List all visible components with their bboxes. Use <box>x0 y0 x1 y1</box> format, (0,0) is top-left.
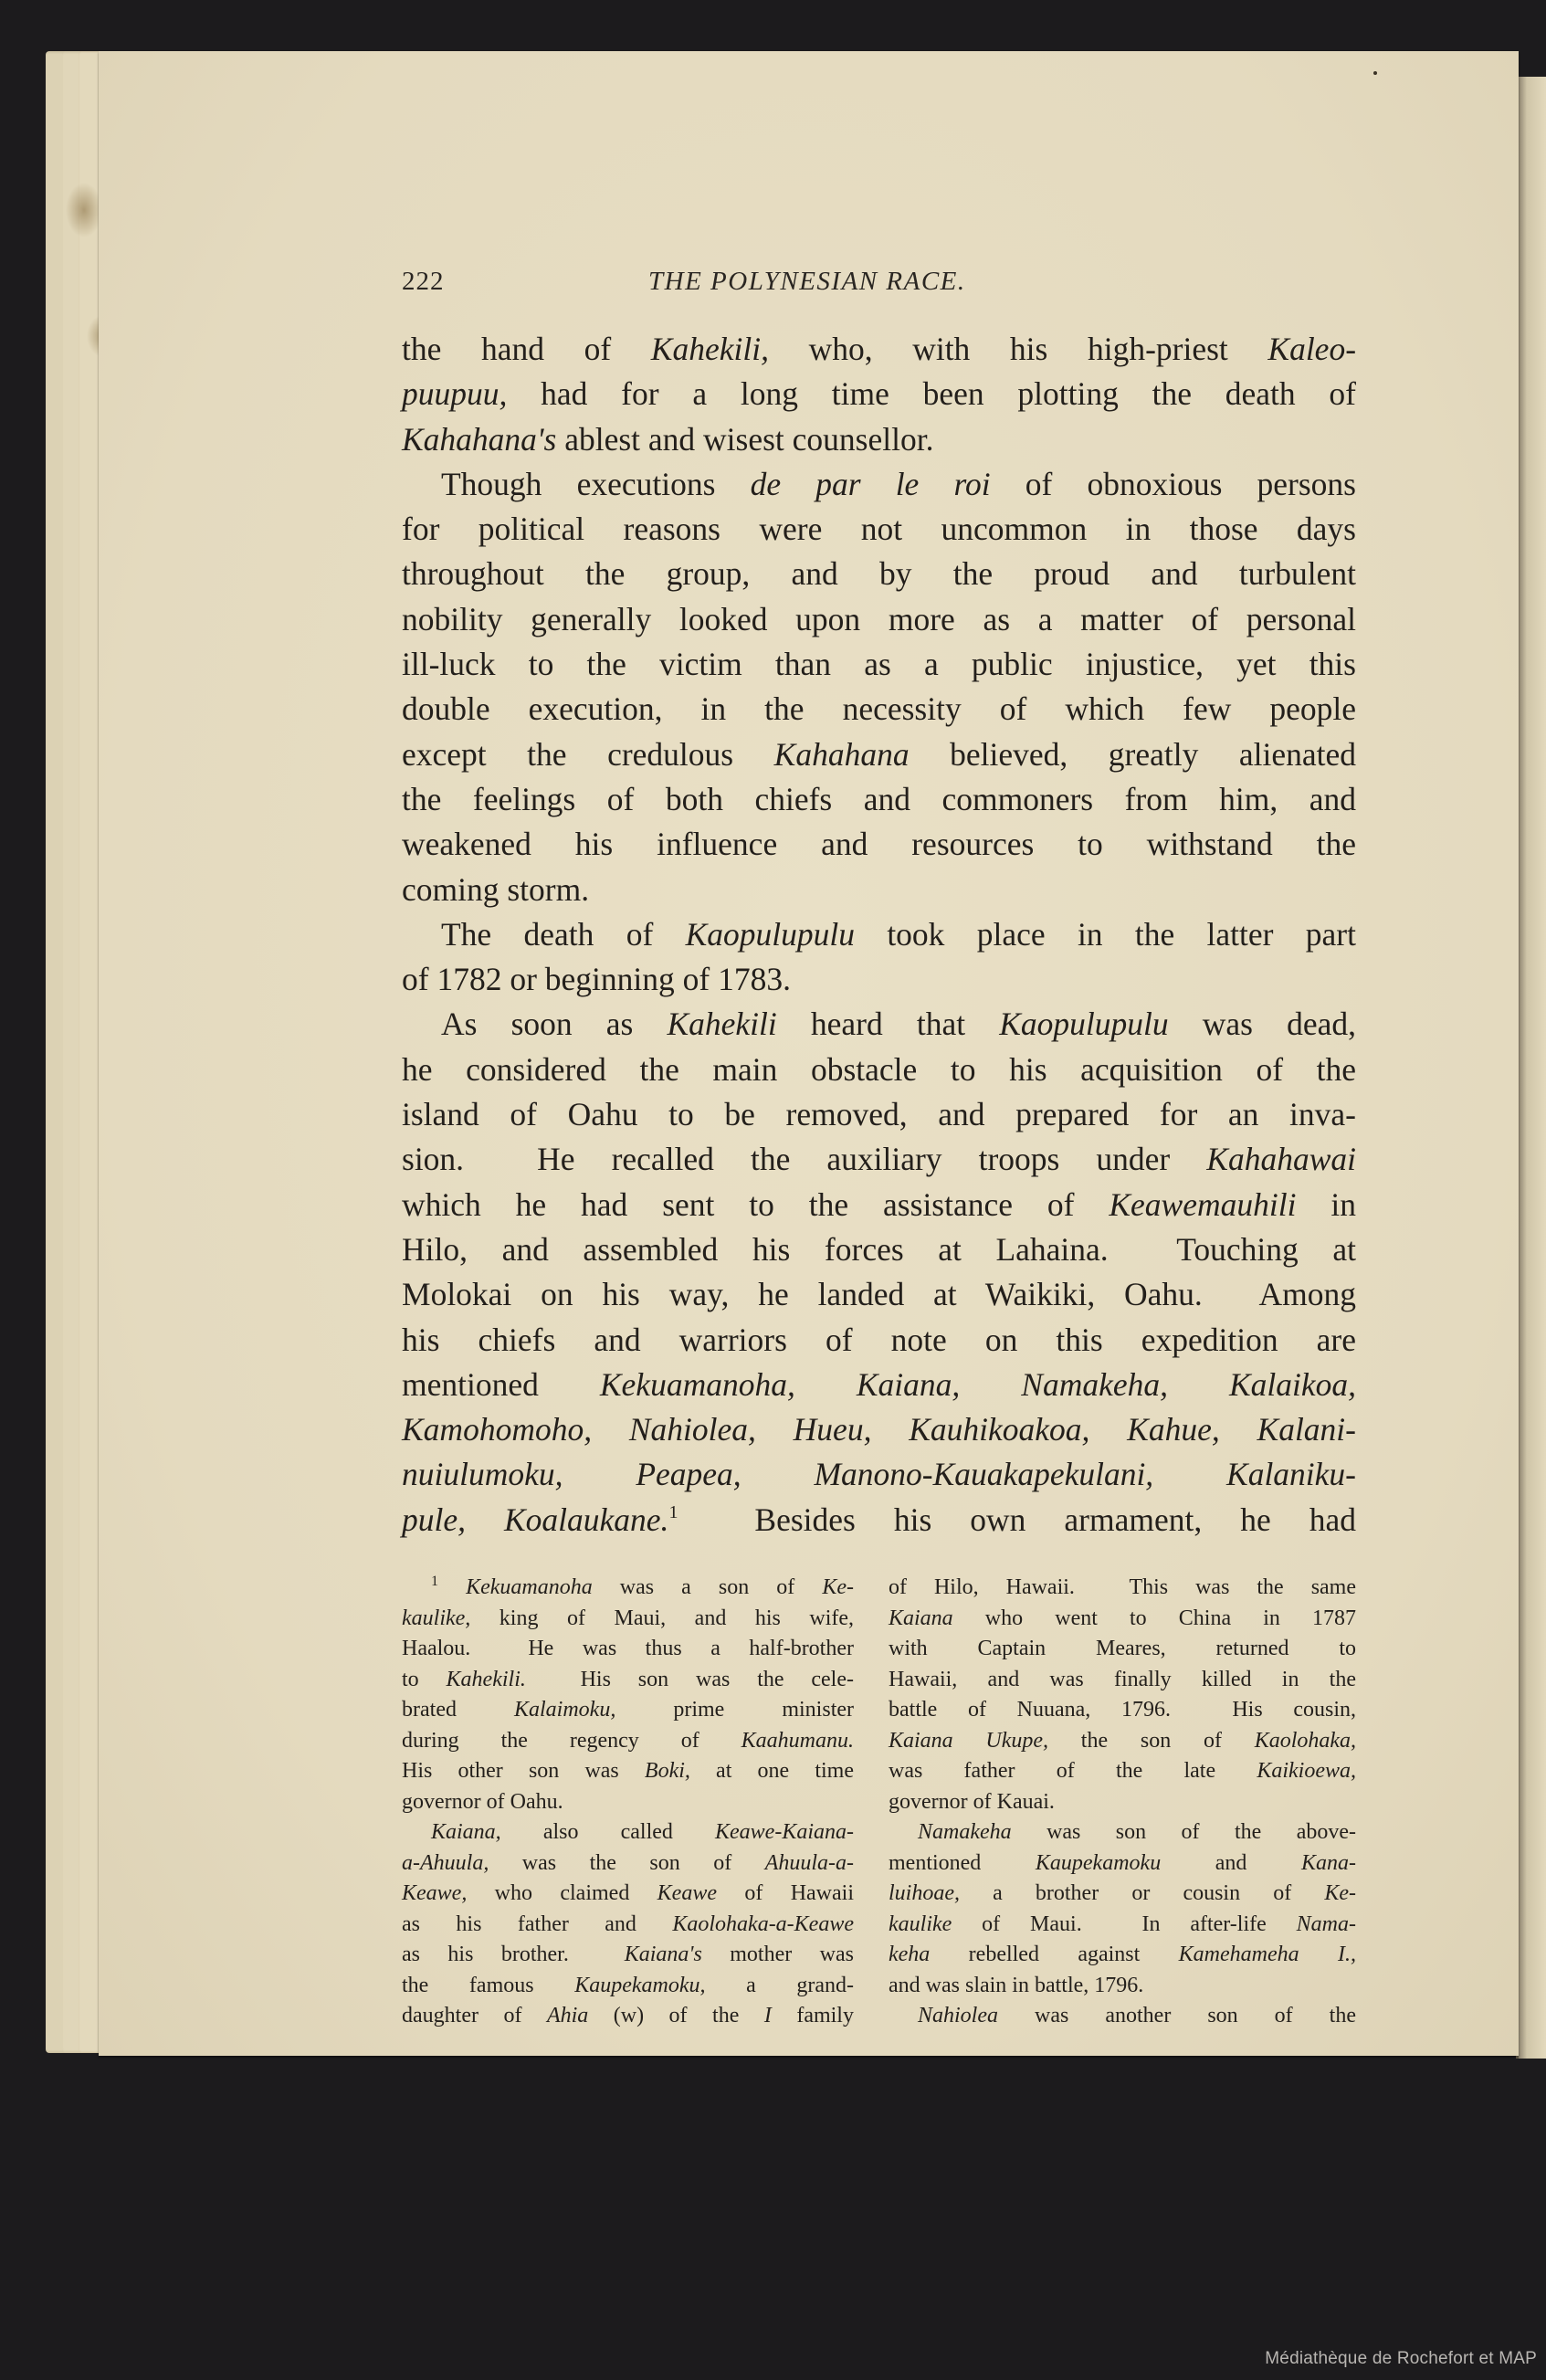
footnote-line: battle of Nuuana, 1796. His cousin, <box>889 1695 1356 1726</box>
italic-text: Kaolohaka-a-Keawe <box>672 1912 854 1936</box>
paper-speck <box>1373 71 1377 75</box>
italic-text: Kaopulupulu <box>686 916 855 953</box>
text-run: of Hilo, Hawaii. This was the same <box>889 1575 1356 1599</box>
footnote-line: Namakeha was son of the above- <box>889 1817 1356 1848</box>
text-run: ill-luck to the victim than as a public … <box>402 646 1356 682</box>
italic-text: I <box>764 2004 772 2027</box>
footnote-line: brated Kalaimoku, prime minister <box>402 1695 854 1726</box>
running-title: THE POLYNESIAN RACE. <box>648 267 966 297</box>
footnote-line: as his brother. Kaiana's mother was <box>402 1940 854 1971</box>
footnote-line: to Kahekili. His son was the cele- <box>402 1665 854 1696</box>
italic-text: kaulike <box>889 1912 952 1936</box>
footnote-line: governor of Kauai. <box>889 1787 1356 1818</box>
page-number: 222 <box>402 267 445 297</box>
text-run: Besides his own armament, he had <box>678 1501 1356 1538</box>
text-run: Molokai on his way, he landed at Waikiki… <box>402 1276 1356 1312</box>
text-run: which he had sent to the assistance of <box>402 1186 1109 1223</box>
text-run: of 1782 or beginning of 1783. <box>402 961 791 997</box>
text-line: Kahahana's ablest and wisest counsellor. <box>402 417 1356 462</box>
italic-text: nuiulumoku, Peapea, Manono-Kauakapekulan… <box>402 1456 1356 1492</box>
italic-text: Keawe <box>657 1881 717 1905</box>
text-line: coming storm. <box>402 868 1356 912</box>
text-run: with Captain Meares, returned to <box>889 1637 1356 1660</box>
text-run: a brother or cousin of <box>960 1881 1324 1905</box>
text-line: pule, Koalaukane.1 Besides his own armam… <box>402 1498 1356 1543</box>
text-line: which he had sent to the assistance of K… <box>402 1183 1356 1227</box>
footnote-line: Hawaii, and was finally killed in the <box>889 1665 1356 1696</box>
italic-text: Kaupekamoku <box>1036 1851 1161 1875</box>
italic-text: luihoae, <box>889 1881 960 1905</box>
text-run: and was slain in battle, 1796. <box>889 1974 1143 1997</box>
text-run: to <box>402 1668 447 1691</box>
footnote-line: a-Ahuula, was the son of Ahuula-a- <box>402 1848 854 1880</box>
text-run: for political reasons were not uncommon … <box>402 511 1356 547</box>
text-run: also called <box>501 1820 715 1844</box>
text-run: double execution, in the necessity of wh… <box>402 690 1356 727</box>
text-line: of 1782 or beginning of 1783. <box>402 957 1356 1002</box>
italic-text: Ahuula-a- <box>765 1851 854 1875</box>
scanned-book-spread: 222 THE POLYNESIAN RACE. the hand of Kah… <box>0 0 1546 2380</box>
text-run: took place in the latter part <box>855 916 1356 953</box>
text-line: nobility generally looked upon more as a… <box>402 597 1356 642</box>
text-line: As soon as Kahekili heard that Kaopulupu… <box>402 1002 1356 1047</box>
text-line: Molokai on his way, he landed at Waikiki… <box>402 1272 1356 1317</box>
italic-text: Kekuamanoha <box>466 1575 593 1599</box>
text-run: Haalou. He was thus a half-brother <box>402 1637 854 1660</box>
text-run: was another son of the <box>998 2004 1356 2027</box>
text-run: during the regency of <box>402 1729 741 1753</box>
italic-text: pule, Koalaukane. <box>402 1501 668 1538</box>
footnote-line: Nahiolea was another son of the <box>889 2001 1356 2032</box>
text-run: was dead, <box>1169 1006 1356 1042</box>
text-run: his chiefs and warriors of note on this … <box>402 1322 1356 1358</box>
italic-text: Nama- <box>1297 1912 1356 1936</box>
text-run: who went to China in 1787 <box>953 1606 1356 1630</box>
text-run: Hilo, and assembled his forces at Lahain… <box>402 1231 1356 1268</box>
italic-text: Kekuamanoha, Kaiana, Namakeha, Kalaikoa, <box>600 1366 1356 1403</box>
italic-text: Kahekili, <box>651 331 769 367</box>
text-line: except the credulous Kahahana believed, … <box>402 732 1356 777</box>
footnote-line: His other son was Boki, at one time <box>402 1756 854 1787</box>
text-run: mother was <box>702 1943 854 1966</box>
italic-text: a-Ahuula, <box>402 1851 489 1875</box>
italic-text: Keawemauhili <box>1109 1186 1296 1223</box>
text-run: had for a long time been plotting the de… <box>507 375 1356 412</box>
text-run: was father of the late <box>889 1759 1257 1783</box>
text-line: The death of Kaopulupulu took place in t… <box>402 912 1356 957</box>
italic-text: Kahahana <box>774 736 910 773</box>
text-line: his chiefs and warriors of note on this … <box>402 1318 1356 1363</box>
text-run: he considered the main obstacle to his a… <box>402 1051 1356 1088</box>
library-watermark: Médiathèque de Rochefort et MAP <box>1265 2349 1537 2369</box>
text-run: Though executions <box>441 466 751 502</box>
footnote-line: and was slain in battle, 1796. <box>889 1971 1356 2002</box>
text-run: Hawaii, and was finally killed in the <box>889 1668 1356 1691</box>
italic-text: Ke- <box>822 1575 854 1599</box>
text-run: was the son of <box>489 1851 764 1875</box>
text-run: ablest and wisest counsellor. <box>556 421 933 458</box>
text-run: The death of <box>441 916 686 953</box>
text-run: of Maui. In after-life <box>952 1912 1296 1936</box>
italic-text: de par le roi <box>751 466 991 502</box>
text-line: ill-luck to the victim than as a public … <box>402 642 1356 687</box>
footnote-line: mentioned Kaupekamoku and Kana- <box>889 1848 1356 1880</box>
italic-text: Kaopulupulu <box>999 1006 1168 1042</box>
facing-page-edge <box>1519 77 1546 2059</box>
text-line: for political reasons were not uncommon … <box>402 507 1356 552</box>
text-run: family <box>772 2004 854 2027</box>
text-run: the famous <box>402 1974 574 1997</box>
italic-text: Ke- <box>1324 1881 1356 1905</box>
footnote-column-right: of Hilo, Hawaii. This was the sameKaiana… <box>889 1573 1356 2032</box>
italic-text: Boki, <box>645 1759 690 1783</box>
text-run: coming storm. <box>402 871 589 908</box>
footnote-line: governor of Oahu. <box>402 1787 854 1818</box>
text-run: the son of <box>1048 1729 1255 1753</box>
text-run: governor of Oahu. <box>402 1790 563 1814</box>
text-line: island of Oahu to be removed, and prepar… <box>402 1092 1356 1137</box>
text-line: throughout the group, and by the proud a… <box>402 552 1356 596</box>
text-run: the hand of <box>402 331 651 367</box>
italic-text: Kahekili <box>667 1006 776 1042</box>
italic-text: Keawe-Kaiana- <box>715 1820 854 1844</box>
text-run: believed, greatly alienated <box>910 736 1356 773</box>
italic-text: Kaiana Ukupe, <box>889 1729 1048 1753</box>
text-run: nobility generally looked upon more as a… <box>402 601 1356 637</box>
text-line: Kamohomoho, Nahiolea, Hueu, Kauhikoakoa,… <box>402 1407 1356 1452</box>
italic-text: Namakeha <box>918 1820 1012 1844</box>
text-line: mentioned Kekuamanoha, Kaiana, Namakeha,… <box>402 1363 1356 1407</box>
italic-text: Kahekili. <box>447 1668 526 1691</box>
text-line: the feelings of both chiefs and commoner… <box>402 777 1356 822</box>
text-run: at one time <box>690 1759 854 1783</box>
italic-text: Kaikioewa, <box>1257 1759 1356 1783</box>
text-run: His son was the cele- <box>526 1668 854 1691</box>
italic-text: Kaahumanu. <box>741 1729 854 1753</box>
italic-text: Kaiana <box>889 1606 953 1630</box>
text-run: weakened his influence and resources to … <box>402 826 1356 862</box>
italic-text: Kaolohaka, <box>1255 1729 1356 1753</box>
italic-text: Kaiana, <box>431 1820 501 1844</box>
footnote-line: Kaiana, also called Keawe-Kaiana- <box>402 1817 854 1848</box>
text-run: mentioned <box>402 1366 600 1403</box>
footnote-line: 1 Kekuamanoha was a son of Ke- <box>402 1573 854 1604</box>
italic-text: kaulike, <box>402 1606 470 1630</box>
footnote-line: Kaiana Ukupe, the son of Kaolohaka, <box>889 1726 1356 1757</box>
footnote-line: Keawe, who claimed Keawe of Hawaii <box>402 1879 854 1910</box>
footnote-line: as his father and Kaolohaka-a-Keawe <box>402 1910 854 1941</box>
footnote-line: kaulike, king of Maui, and his wife, <box>402 1604 854 1635</box>
text-run: except the credulous <box>402 736 774 773</box>
footnote-line: Kaiana who went to China in 1787 <box>889 1604 1356 1635</box>
text-run: was a son of <box>593 1575 823 1599</box>
footnote-line: luihoae, a brother or cousin of Ke- <box>889 1879 1356 1910</box>
body-text: the hand of Kahekili, who, with his high… <box>402 327 1356 1543</box>
italic-text: Ahia <box>547 2004 588 2027</box>
text-run: as his father and <box>402 1912 672 1936</box>
text-line: sion. He recalled the auxiliary troops u… <box>402 1137 1356 1182</box>
italic-text: Keawe, <box>402 1881 467 1905</box>
text-run: the feelings of both chiefs and commoner… <box>402 781 1356 817</box>
italic-text: Kamohomoho, Nahiolea, Hueu, Kauhikoakoa,… <box>402 1411 1356 1448</box>
italic-text: Kana- <box>1301 1851 1356 1875</box>
text-run: and <box>1161 1851 1301 1875</box>
footnotes: 1 Kekuamanoha was a son of Ke-kaulike, k… <box>402 1573 1356 2048</box>
text-run: was son of the above- <box>1012 1820 1356 1844</box>
text-run: As soon as <box>441 1006 667 1042</box>
text-line: weakened his influence and resources to … <box>402 822 1356 867</box>
text-run: (w) of the <box>588 2004 764 2027</box>
text-run: prime minister <box>615 1698 854 1722</box>
text-run: heard that <box>777 1006 999 1042</box>
text-run: who claimed <box>467 1881 657 1905</box>
footnote-line: of Hilo, Hawaii. This was the same <box>889 1573 1356 1604</box>
footnote-line: was father of the late Kaikioewa, <box>889 1756 1356 1787</box>
text-run: His other son was <box>402 1759 645 1783</box>
text-run: mentioned <box>889 1851 1036 1875</box>
foxing-stain <box>66 183 102 237</box>
italic-text: Kamehameha I., <box>1179 1943 1356 1966</box>
italic-text: Kaleo- <box>1267 331 1356 367</box>
footnote-line: with Captain Meares, returned to <box>889 1634 1356 1665</box>
footnote-line: during the regency of Kaahumanu. <box>402 1726 854 1757</box>
text-run: of obnoxious persons <box>991 466 1356 502</box>
text-run: sion. He recalled the auxiliary troops u… <box>402 1141 1206 1177</box>
italic-text: Kahahawai <box>1206 1141 1356 1177</box>
text-run: island of Oahu to be removed, and prepar… <box>402 1096 1356 1132</box>
footnote-line: Haalou. He was thus a half-brother <box>402 1634 854 1665</box>
text-run: king of Maui, and his wife, <box>470 1606 854 1630</box>
italic-text: keha <box>889 1943 930 1966</box>
text-run: who, with his high-priest <box>769 331 1267 367</box>
text-run: daughter of <box>402 2004 547 2027</box>
italic-text: Kaiana's <box>625 1943 702 1966</box>
running-head: 222 THE POLYNESIAN RACE. <box>402 267 1356 303</box>
footnote-marker: 1 <box>431 1574 438 1589</box>
footnote-column-left: 1 Kekuamanoha was a son of Ke-kaulike, k… <box>402 1573 854 2032</box>
text-line: he considered the main obstacle to his a… <box>402 1048 1356 1092</box>
text-line: puupuu, had for a long time been plottin… <box>402 372 1356 416</box>
footnote-line: kaulike of Maui. In after-life Nama- <box>889 1910 1356 1941</box>
footnote-marker: 1 <box>668 1502 678 1522</box>
text-run: as his brother. <box>402 1943 625 1966</box>
text-run: throughout the group, and by the proud a… <box>402 555 1356 592</box>
text-line: the hand of Kahekili, who, with his high… <box>402 327 1356 372</box>
text-line: Though executions de par le roi of obnox… <box>402 462 1356 507</box>
italic-text: Nahiolea <box>918 2004 998 2027</box>
text-line: double execution, in the necessity of wh… <box>402 687 1356 732</box>
text-run: in <box>1296 1186 1356 1223</box>
footnote-line: daughter of Ahia (w) of the I family <box>402 2001 854 2032</box>
text-run: governor of Kauai. <box>889 1790 1055 1814</box>
italic-text: puupuu, <box>402 375 507 412</box>
text-run: battle of Nuuana, 1796. His cousin, <box>889 1698 1356 1722</box>
text-line: nuiulumoku, Peapea, Manono-Kauakapekulan… <box>402 1452 1356 1497</box>
italic-text: Kalaimoku, <box>514 1698 615 1722</box>
footnote-line: the famous Kaupekamoku, a grand- <box>402 1971 854 2002</box>
text-run: a grand- <box>705 1974 854 1997</box>
italic-text: Kaupekamoku, <box>574 1974 705 1997</box>
footnote-line: keha rebelled against Kamehameha I., <box>889 1940 1356 1971</box>
text-run <box>438 1575 466 1599</box>
text-run: rebelled against <box>930 1943 1178 1966</box>
text-run: of Hawaii <box>717 1881 854 1905</box>
text-run: brated <box>402 1698 514 1722</box>
text-line: Hilo, and assembled his forces at Lahain… <box>402 1227 1356 1272</box>
italic-text: Kahahana's <box>402 421 556 458</box>
